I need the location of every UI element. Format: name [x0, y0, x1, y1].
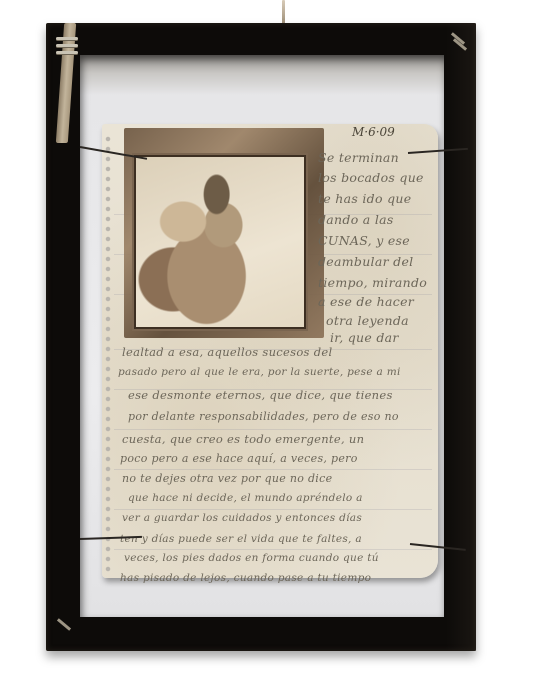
binder-ring-icon	[56, 51, 78, 54]
handwriting-line: te has ido que	[318, 191, 411, 206]
binder-ring-icon	[56, 44, 78, 47]
ruled-line	[114, 429, 432, 430]
ruled-line	[114, 469, 432, 470]
date-label: M·6·09	[352, 125, 395, 139]
sepia-portrait-photo	[134, 155, 306, 329]
handwriting-line: pasado pero al que le era, por la suerte…	[118, 366, 401, 378]
handwriting-line: ir, que dar	[330, 330, 399, 345]
frame-wear	[446, 23, 476, 651]
wooden-stick	[56, 23, 76, 143]
handwriting-line: los bocados que	[318, 170, 424, 185]
handwriting-line: has pisado de lejos, cuando pase a tu ti…	[120, 572, 371, 584]
handwriting-line: por delante responsabilidades, pero de e…	[128, 410, 399, 423]
handwriting-line: deambular del	[318, 254, 413, 269]
ruled-line	[114, 509, 432, 510]
handwriting-line: Se terminan	[318, 150, 399, 165]
handwriting-line: no te dejes otra vez por que no dice	[122, 472, 332, 485]
hanging-wire	[282, 0, 285, 24]
handwriting-line: a ese de hacer	[318, 294, 414, 309]
handwriting-line: CUNAS, y ese	[318, 233, 410, 248]
handwriting-line: ese desmonte eternos, que dice, que tien…	[128, 388, 393, 402]
handwriting-line: cuesta, que creo es todo emergente, un	[122, 432, 364, 446]
handwriting-line: que hace ni decide, el mundo apréndelo a	[128, 492, 363, 504]
handwriting-line: ver a guardar los cuidados y entonces dí…	[122, 512, 362, 524]
handwriting-line: veces, los pies dados en forma cuando qu…	[124, 552, 379, 564]
binder-ring-icon	[56, 37, 78, 40]
handwriting-line: poco pero a ese hace aquí, a veces, pero	[120, 452, 358, 465]
handwriting-line: ten y días puede ser el vida que te falt…	[120, 533, 362, 545]
handwriting-line: lealtad a esa, aquellos sucesos del	[122, 345, 332, 359]
ruled-line	[114, 549, 432, 550]
handwriting-line: otra leyenda	[326, 313, 409, 328]
spiral-perforation	[104, 134, 112, 574]
handwriting-line: tiempo, mirando	[318, 275, 427, 290]
handwriting-line: dando a las	[318, 212, 394, 227]
staple-icon	[57, 618, 71, 631]
